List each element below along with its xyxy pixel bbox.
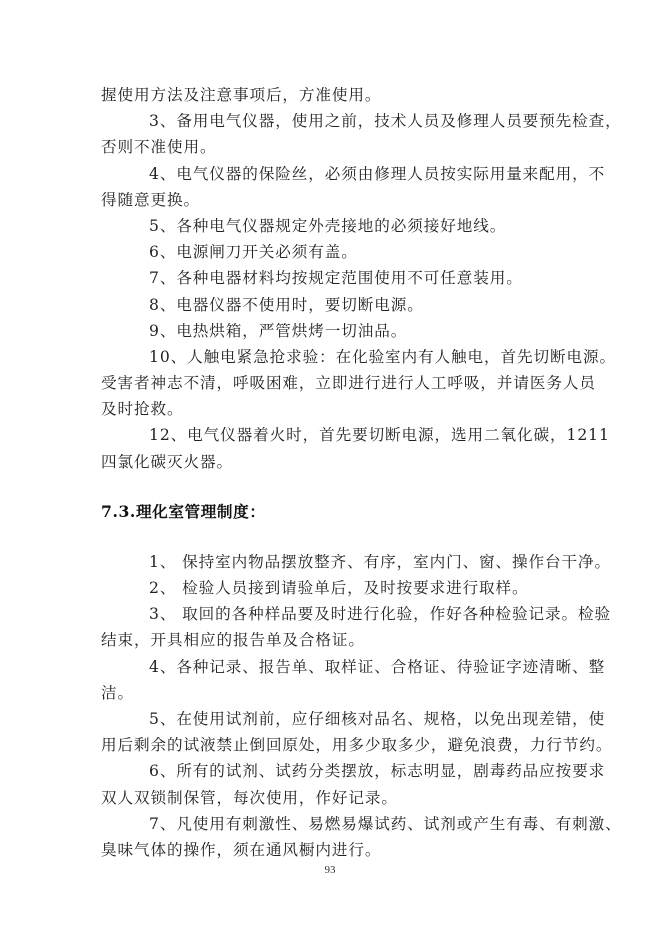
paragraph-line: 3、 取回的各种样品要及时进行化验，作好各种检验记录。检验 bbox=[101, 601, 561, 627]
paragraph-line: 洁。 bbox=[101, 680, 561, 706]
paragraph-line: 四氯化碳灭火器。 bbox=[101, 449, 561, 475]
paragraph-line: 2、 检验人员接到请验单后，及时按要求进行取样。 bbox=[101, 575, 561, 601]
page-content: 握使用方法及注意事项后，方准使用。 3、备用电气仪器，使用之前，技术人员及修理人… bbox=[101, 82, 561, 863]
paragraph-line: 结束，开具相应的报告单及合格证。 bbox=[101, 627, 561, 653]
paragraph-line: 8、电器仪器不使用时，要切断电源。 bbox=[101, 292, 561, 318]
paragraph-line: 及时抢救。 bbox=[101, 396, 561, 422]
paragraph-line: 6、所有的试剂、试药分类摆放，标志明显，剧毒药品应按要求 bbox=[101, 758, 561, 784]
paragraph-line: 双人双锁制保管，每次使用，作好记录。 bbox=[101, 785, 561, 811]
paragraph-line: 10、人触电紧急抢求验：在化验室内有人触电，首先切断电源。 bbox=[101, 344, 561, 370]
paragraph-line: 5、在使用试剂前，应仔细核对品名、规格，以免出现差错，使 bbox=[101, 706, 561, 732]
section-heading: 7.3.理化室管理制度： bbox=[101, 499, 561, 525]
paragraph-line: 臭味气体的操作，须在通风橱内进行。 bbox=[101, 837, 561, 863]
paragraph-line: 5、各种电气仪器规定外壳接地的必须接好地线。 bbox=[101, 213, 561, 239]
paragraph-line: 6、电源闸刀开关必须有盖。 bbox=[101, 239, 561, 265]
paragraph-line: 7、各种电器材料均按规定范围使用不可任意装用。 bbox=[101, 265, 561, 291]
paragraph-line: 12、电气仪器着火时，首先要切断电源，选用二氧化碳，1211 bbox=[101, 422, 561, 448]
paragraph-line: 得随意更换。 bbox=[101, 187, 561, 213]
paragraph-line: 9、电热烘箱，严管烘烤一切油品。 bbox=[101, 318, 561, 344]
paragraph-line: 4、电气仪器的保险丝，必须由修理人员按实际用量来配用，不 bbox=[101, 161, 561, 187]
page-number: 93 bbox=[0, 864, 660, 876]
paragraph-line: 否则不准使用。 bbox=[101, 134, 561, 160]
paragraph-line: 用后剩余的试液禁止倒回原处，用多少取多少，避免浪费，力行节约。 bbox=[101, 732, 561, 758]
paragraph-line: 3、备用电气仪器，使用之前，技术人员及修理人员要预先检查， bbox=[101, 108, 561, 134]
document-page: 握使用方法及注意事项后，方准使用。 3、备用电气仪器，使用之前，技术人员及修理人… bbox=[0, 0, 660, 934]
paragraph-line: 受害者神志不清，呼吸困难，立即进行进行人工呼吸，并请医务人员 bbox=[101, 370, 561, 396]
spacer bbox=[101, 525, 561, 549]
paragraph-line: 7、凡使用有刺激性、易燃易爆试药、试剂或产生有毒、有刺激、 bbox=[101, 811, 561, 837]
spacer bbox=[101, 475, 561, 499]
paragraph-line: 1、 保持室内物品摆放整齐、有序，室内门、窗、操作台干净。 bbox=[101, 549, 561, 575]
paragraph-line: 握使用方法及注意事项后，方准使用。 bbox=[101, 82, 561, 108]
paragraph-line: 4、各种记录、报告单、取样证、合格证、待验证字迹清晰、整 bbox=[101, 654, 561, 680]
